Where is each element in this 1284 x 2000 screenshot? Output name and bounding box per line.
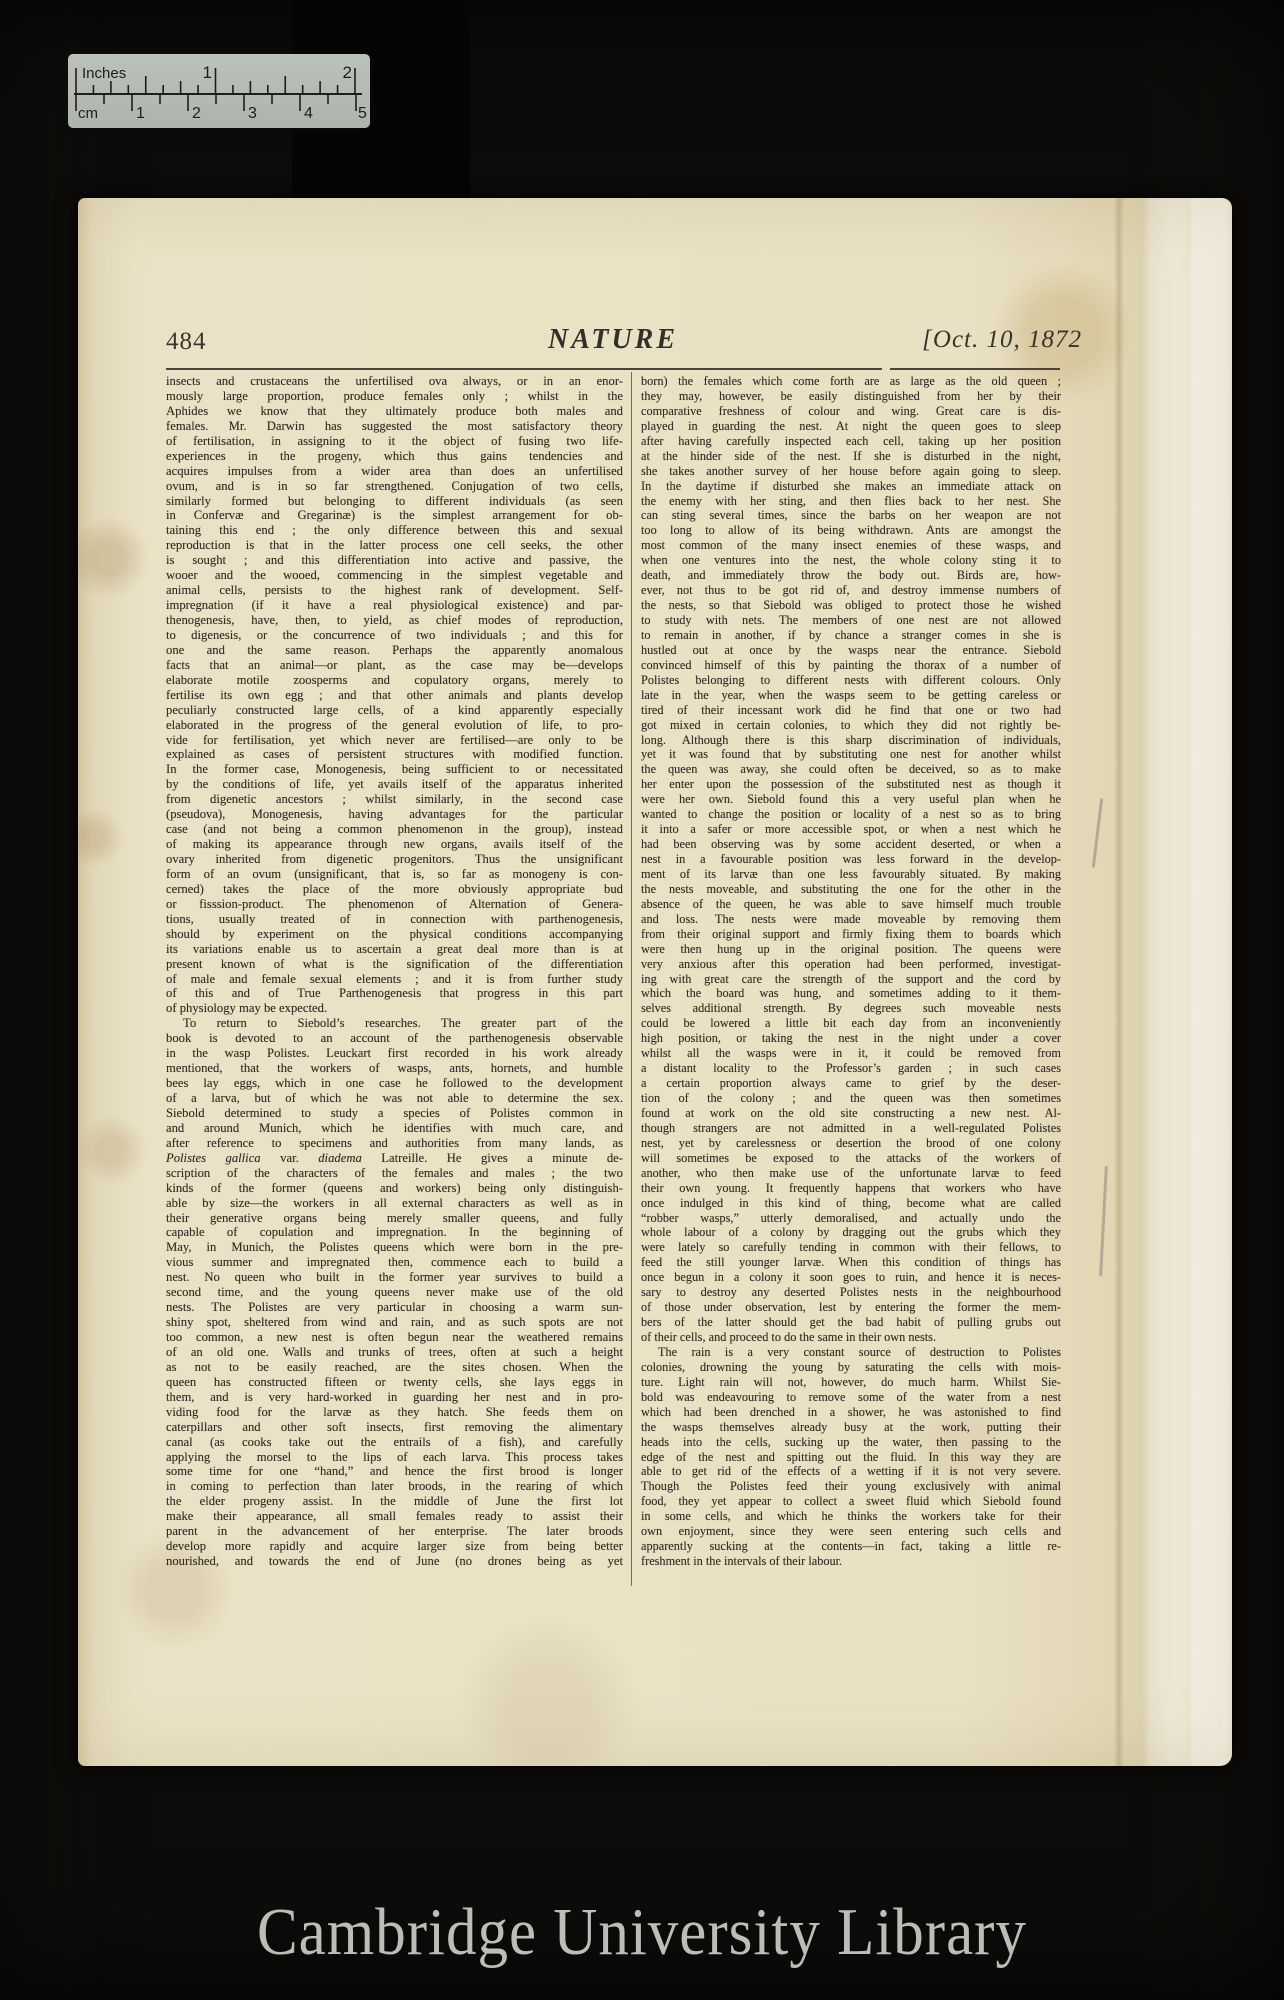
text-line: to study with nets. The members of one n… [641,613,1061,628]
text-line: of physiology may be expected. [166,1001,623,1016]
text-line: found at work on the old site constructi… [641,1106,1061,1121]
text-line: though strangers are not admitted in a w… [641,1121,1061,1136]
text-line: whole labour of a colony by dragging out… [641,1225,1061,1240]
text-line: it into a safer or more accessible spot,… [641,822,1061,837]
text-line: The rain is a very constant source of de… [641,1345,1061,1360]
text-line: nest, yet by carelessness or desertion t… [641,1136,1061,1151]
text-line: mously large proportion, produce females… [166,389,623,404]
text-line: at the hinder side of the nest. If she i… [641,449,1061,464]
text-line: whilst all the wasps were in it, it coul… [641,1046,1061,1061]
text-column-left: insects and crustaceans the unfertilised… [166,374,623,1569]
text-line: parent in the advancement of her enterpr… [166,1524,623,1539]
text-line: absence of the queen, he was able to sav… [641,897,1061,912]
text-line: by the conditions of life, yet avails it… [166,777,623,792]
text-line: after having carefully inspected each ce… [641,434,1061,449]
text-line: of making its appearance through new org… [166,837,623,852]
text-line: very anxious after this operation had be… [641,957,1061,972]
text-line: too long to allow of its being withdrawn… [641,523,1061,538]
text-line: own enjoyment, since they were seen ente… [641,1524,1061,1539]
text-line: mentioned, that the workers of wasps, an… [166,1061,623,1076]
text-line: To return to Siebold’s researches. The g… [166,1016,623,1031]
text-line: Aphides we know that they ultimately pro… [166,404,623,419]
text-line: queen has constructed fifteen or twenty … [166,1375,623,1390]
text-line: or fisssion-product. The phenomenon of A… [166,897,623,912]
ruler-cm-3-label: 3 [248,105,257,122]
photo-of-journal-page: { "header": { "page_number": "484", "jou… [0,0,1284,2000]
text-line: and around Munich, which he identifies w… [166,1121,623,1136]
ruler-scale-graphic: Inches 1 2 cm 1 2 3 4 5 [68,54,370,128]
text-line: colonies, drowning the young by saturati… [641,1360,1061,1375]
text-line: death, and immediately throw the body ou… [641,568,1061,583]
text-line: of a larva, but of which he was not able… [166,1091,623,1106]
text-line: to digenesis, or the concurrence of two … [166,628,623,643]
text-line: and loss. The nests were made moveable b… [641,912,1061,927]
text-line: freshment in the intervals of their labo… [641,1554,1061,1569]
text-line: a distant locality to the Professor’s ga… [641,1061,1061,1076]
text-line: impregnation (if it have a real physiolo… [166,598,623,613]
text-line: nests. The Polistes are very particular … [166,1300,623,1315]
text-line: she takes another survey of her house be… [641,464,1061,479]
text-line: nest in a favourable position was less f… [641,852,1061,867]
issue-date: [Oct. 10, 1872 [922,326,1082,354]
ruler-cm-label: cm [78,105,98,122]
text-line: born) the females which come forth are a… [641,374,1061,389]
text-line: bees lay eggs, which in one case he foll… [166,1076,623,1091]
text-line: once indulged in this kind of thing, bec… [641,1196,1061,1211]
text-line: after reference to specimens and authori… [166,1136,623,1151]
text-line: thenogenesis, have, then, to yield, as c… [166,613,623,628]
text-line: yet it was found that by substituting on… [641,747,1061,762]
text-line: were her own. Siebold found this a very … [641,792,1061,807]
ruler-inches-label: Inches [82,65,126,82]
text-line: insects and crustaceans the unfertilised… [166,374,623,389]
text-line: of male and female sexual elements ; and… [166,972,623,987]
text-line: her enter upon the possession of the sub… [641,777,1061,792]
text-line: high position, or taking the nest in the… [641,1031,1061,1046]
text-line: were then hung up in the original positi… [641,942,1061,957]
text-line: their own young. It frequently happens t… [641,1181,1061,1196]
text-line: elaborate motile zoosperms and copulator… [166,673,623,688]
text-line: tions, usually treated of in connection … [166,912,623,927]
text-line: ment of its larvæ than one less favourab… [641,867,1061,882]
text-line: Though the Polistes feed their young exc… [641,1479,1061,1494]
text-line: May, in Munich, the Polistes queens whic… [166,1240,623,1255]
text-line: wanted to change the position or localit… [641,807,1061,822]
text-line: ture. Light rain will not, however, do m… [641,1375,1061,1390]
text-line: another, who then make use of the unfort… [641,1166,1061,1181]
text-line: the nests moveable, and substituting the… [641,882,1061,897]
text-line: bold was endeavouring to remove some of … [641,1390,1061,1405]
text-line: explained as cases of persistent structu… [166,747,623,762]
text-line: nourished, and towards the end of June (… [166,1554,623,1569]
text-line: can sting several times, since the barbs… [641,508,1061,523]
text-line: ovum, and is in so far strengthened. Con… [166,479,623,494]
pencil-mark [1099,1166,1108,1276]
text-line: animal cells, persists to the highest ra… [166,583,623,598]
column-divider-rule [631,372,632,1586]
text-line: in the wasp Polistes. Leuckart first rec… [166,1046,623,1061]
text-line: nest. No queen who built in the former y… [166,1270,623,1285]
text-line: wooer and the wooed, commencing in the s… [166,568,623,583]
text-line: fertilise its own egg ; and that other a… [166,688,623,703]
text-line: make their appearance, all small females… [166,1509,623,1524]
text-line: scription of the characters of the femal… [166,1166,623,1181]
pencil-mark [1092,798,1104,868]
text-line: In the former case, Monogenesis, being s… [166,762,623,777]
library-watermark: Cambridge University Library [0,1895,1284,1972]
text-line: them, and is very hard-worked in guardin… [166,1390,623,1405]
text-line: shiny spot, sheltered from wind and rain… [166,1315,623,1330]
ruler-cm-1-label: 1 [136,105,145,122]
text-line: reproduction is that in the latter proce… [166,538,623,553]
text-line: experiences in the progeny, which thus g… [166,449,623,464]
text-line: hustled out at once by the wasps near th… [641,643,1061,658]
text-line: “robber wasps,” utterly demoralised, and… [641,1211,1061,1226]
text-line: in coming to perfection than later brood… [166,1479,623,1494]
text-line: a certain proportion always came to grie… [641,1076,1061,1091]
text-line: capable of copulation and impregnation. … [166,1225,623,1240]
text-line: peculiarly constructed large cells, of a… [166,703,623,718]
text-line: similarly formed but belonging to differ… [166,494,623,509]
text-line: comparative freshness of colour and wing… [641,404,1061,419]
text-line: develop more rapidly and acquire larger … [166,1539,623,1554]
ruler-inch-1-label: 1 [203,63,212,82]
text-line: present known of what is the significati… [166,957,623,972]
scanned-page: 484 NATURE [Oct. 10, 1872 insects and cr… [78,198,1232,1766]
page-crease [1114,198,1124,1766]
text-line: viding food for the larvæ as they hatch.… [166,1405,623,1420]
text-line: will sometimes be exposed to the attacks… [641,1151,1061,1166]
text-line: book is devoted to an account of the par… [166,1031,623,1046]
text-line: which had been drenched in a shower, he … [641,1405,1061,1420]
text-line: caterpillars and other soft insects, fir… [166,1420,623,1435]
text-line: tion of the colony ; and the queen was t… [641,1091,1061,1106]
text-line: ing with great care the strength of the … [641,972,1061,987]
text-line: Polistes belonging to different nests wi… [641,673,1061,688]
text-line: played in guarding the nest. At night th… [641,419,1061,434]
text-line: tired of their incessant work did he fin… [641,703,1061,718]
text-line: most common of the many insect enemies o… [641,538,1061,553]
text-line: from digenetic ancestors ; whilst simila… [166,792,623,807]
text-line: females. Mr. Darwin has suggested the mo… [166,419,623,434]
text-line: Siebold determined to study a species of… [166,1106,623,1121]
text-line: too common, a new nest is often begun ne… [166,1330,623,1345]
text-line: their generative organs being merely sma… [166,1211,623,1226]
text-line: sary to destroy any deserted Polistes ne… [641,1285,1061,1300]
text-line: acquires impulses from a wider area than… [166,464,623,479]
text-line: its variations enable us to ascertain a … [166,942,623,957]
text-line: to remain in another, if by chance a str… [641,628,1061,643]
text-line: of fertilisation, in assigning to it the… [166,434,623,449]
text-line: late in the year, when the wasps seem to… [641,688,1061,703]
text-line: long. Although there is this sharp discr… [641,733,1061,748]
text-line: convinced himself of this by painting th… [641,658,1061,673]
text-line: the queen was away, she could often be d… [641,762,1061,777]
text-line: the wasps themselves already busy at the… [641,1420,1061,1435]
text-line: ovary inherited from digenetic progenito… [166,852,623,867]
text-line: had been observing was by some accident … [641,837,1061,852]
text-line: canal (as cooks take out the entrails of… [166,1435,623,1450]
text-line: elaborated in the progress of the genera… [166,718,623,733]
text-line: edge of the nest and spitting out the fl… [641,1450,1061,1465]
text-line: of an old one. Walls and trunks of trees… [166,1345,623,1360]
text-line: of their cells, and proceed to do the sa… [641,1330,1061,1345]
text-line: cerned) takes the place of the more obvi… [166,882,623,897]
text-line: of this and of True Parthenogenesis that… [166,986,623,1001]
text-line: taining this end ; the only difference b… [166,523,623,538]
text-line: facts that an animal—or plant, as the ca… [166,658,623,673]
text-line: food, they yet appear to collect a sweet… [641,1494,1061,1509]
text-line: once begun in a colony it soon goes to r… [641,1270,1061,1285]
text-line: vide for fertilisation, yet which never … [166,733,623,748]
text-line: kinds of the former (queens and workers)… [166,1181,623,1196]
ruler-cm-2-label: 2 [192,105,201,122]
text-line: Polistes gallica var. diadema Latreille.… [166,1151,623,1166]
text-line: got mixed in certain colonies, to which … [641,718,1061,733]
text-line: apparently sucking at the contents—in fa… [641,1539,1061,1554]
text-line: the enemy with her sting, and then flies… [641,494,1061,509]
ruler-inch-2-label: 2 [343,63,352,82]
text-line: should by experiment on the physical con… [166,927,623,942]
text-line: feed the still younger larvæ. When this … [641,1255,1061,1270]
text-line: In the daytime if disturbed she makes an… [641,479,1061,494]
text-line: able by size—the workers in all external… [166,1196,623,1211]
text-line: could be lowered a little bit each day f… [641,1016,1061,1031]
text-line: bers of the latter should get the bad ha… [641,1315,1061,1330]
text-line: able to get rid of the effects of a wett… [641,1464,1061,1479]
text-line: selves additional strength. By degrees s… [641,1001,1061,1016]
text-line: heads into the cells, sucking up the wat… [641,1435,1061,1450]
text-line: ever, not thus to be got rid of, and des… [641,583,1061,598]
text-line: from their original support and firmly f… [641,927,1061,942]
text-line: as not to be easily reached, are the sit… [166,1360,623,1375]
text-line: form of an ovum (unsignificant, that is,… [166,867,623,882]
text-line: were lately so carefully tending in comm… [641,1240,1061,1255]
ruler-cm-5-label: 5 [358,105,367,122]
text-line: in some cells, and which he thinks the w… [641,1509,1061,1524]
text-line: when one ventures into the nest, the who… [641,553,1061,568]
text-line: which the board was hung, and sometimes … [641,986,1061,1001]
text-line: some time for one “hand,” and hence the … [166,1464,623,1479]
text-line: (pseudova), Monogenesis, having advantag… [166,807,623,822]
text-line: of those under observation, lest by ente… [641,1300,1061,1315]
text-line: they may, however, be easily distinguish… [641,389,1061,404]
text-line: applying the morsel to the lips of each … [166,1450,623,1465]
text-line: second time, and the young queens never … [166,1285,623,1300]
text-line: the nests, so that Siebold was obliged t… [641,598,1061,613]
text-column-right: born) the females which come forth are a… [641,374,1061,1569]
text-line: in Confervæ and Gregarinæ) is the simple… [166,508,623,523]
text-line: vious summer and impregnated then, comme… [166,1255,623,1270]
header-rule [166,368,1060,370]
text-line: is sought ; and this differentiation int… [166,553,623,568]
cm-ticks [76,94,356,111]
page-header: 484 NATURE [Oct. 10, 1872 [166,324,1060,364]
text-line: one and the same reason. Perhaps the app… [166,643,623,658]
measurement-ruler: Inches 1 2 cm 1 2 3 4 5 [68,54,370,128]
ruler-cm-4-label: 4 [304,105,313,122]
text-line: the elder progeny assist. In the middle … [166,1494,623,1509]
text-line: case (and not being a common phenomenon … [166,822,623,837]
